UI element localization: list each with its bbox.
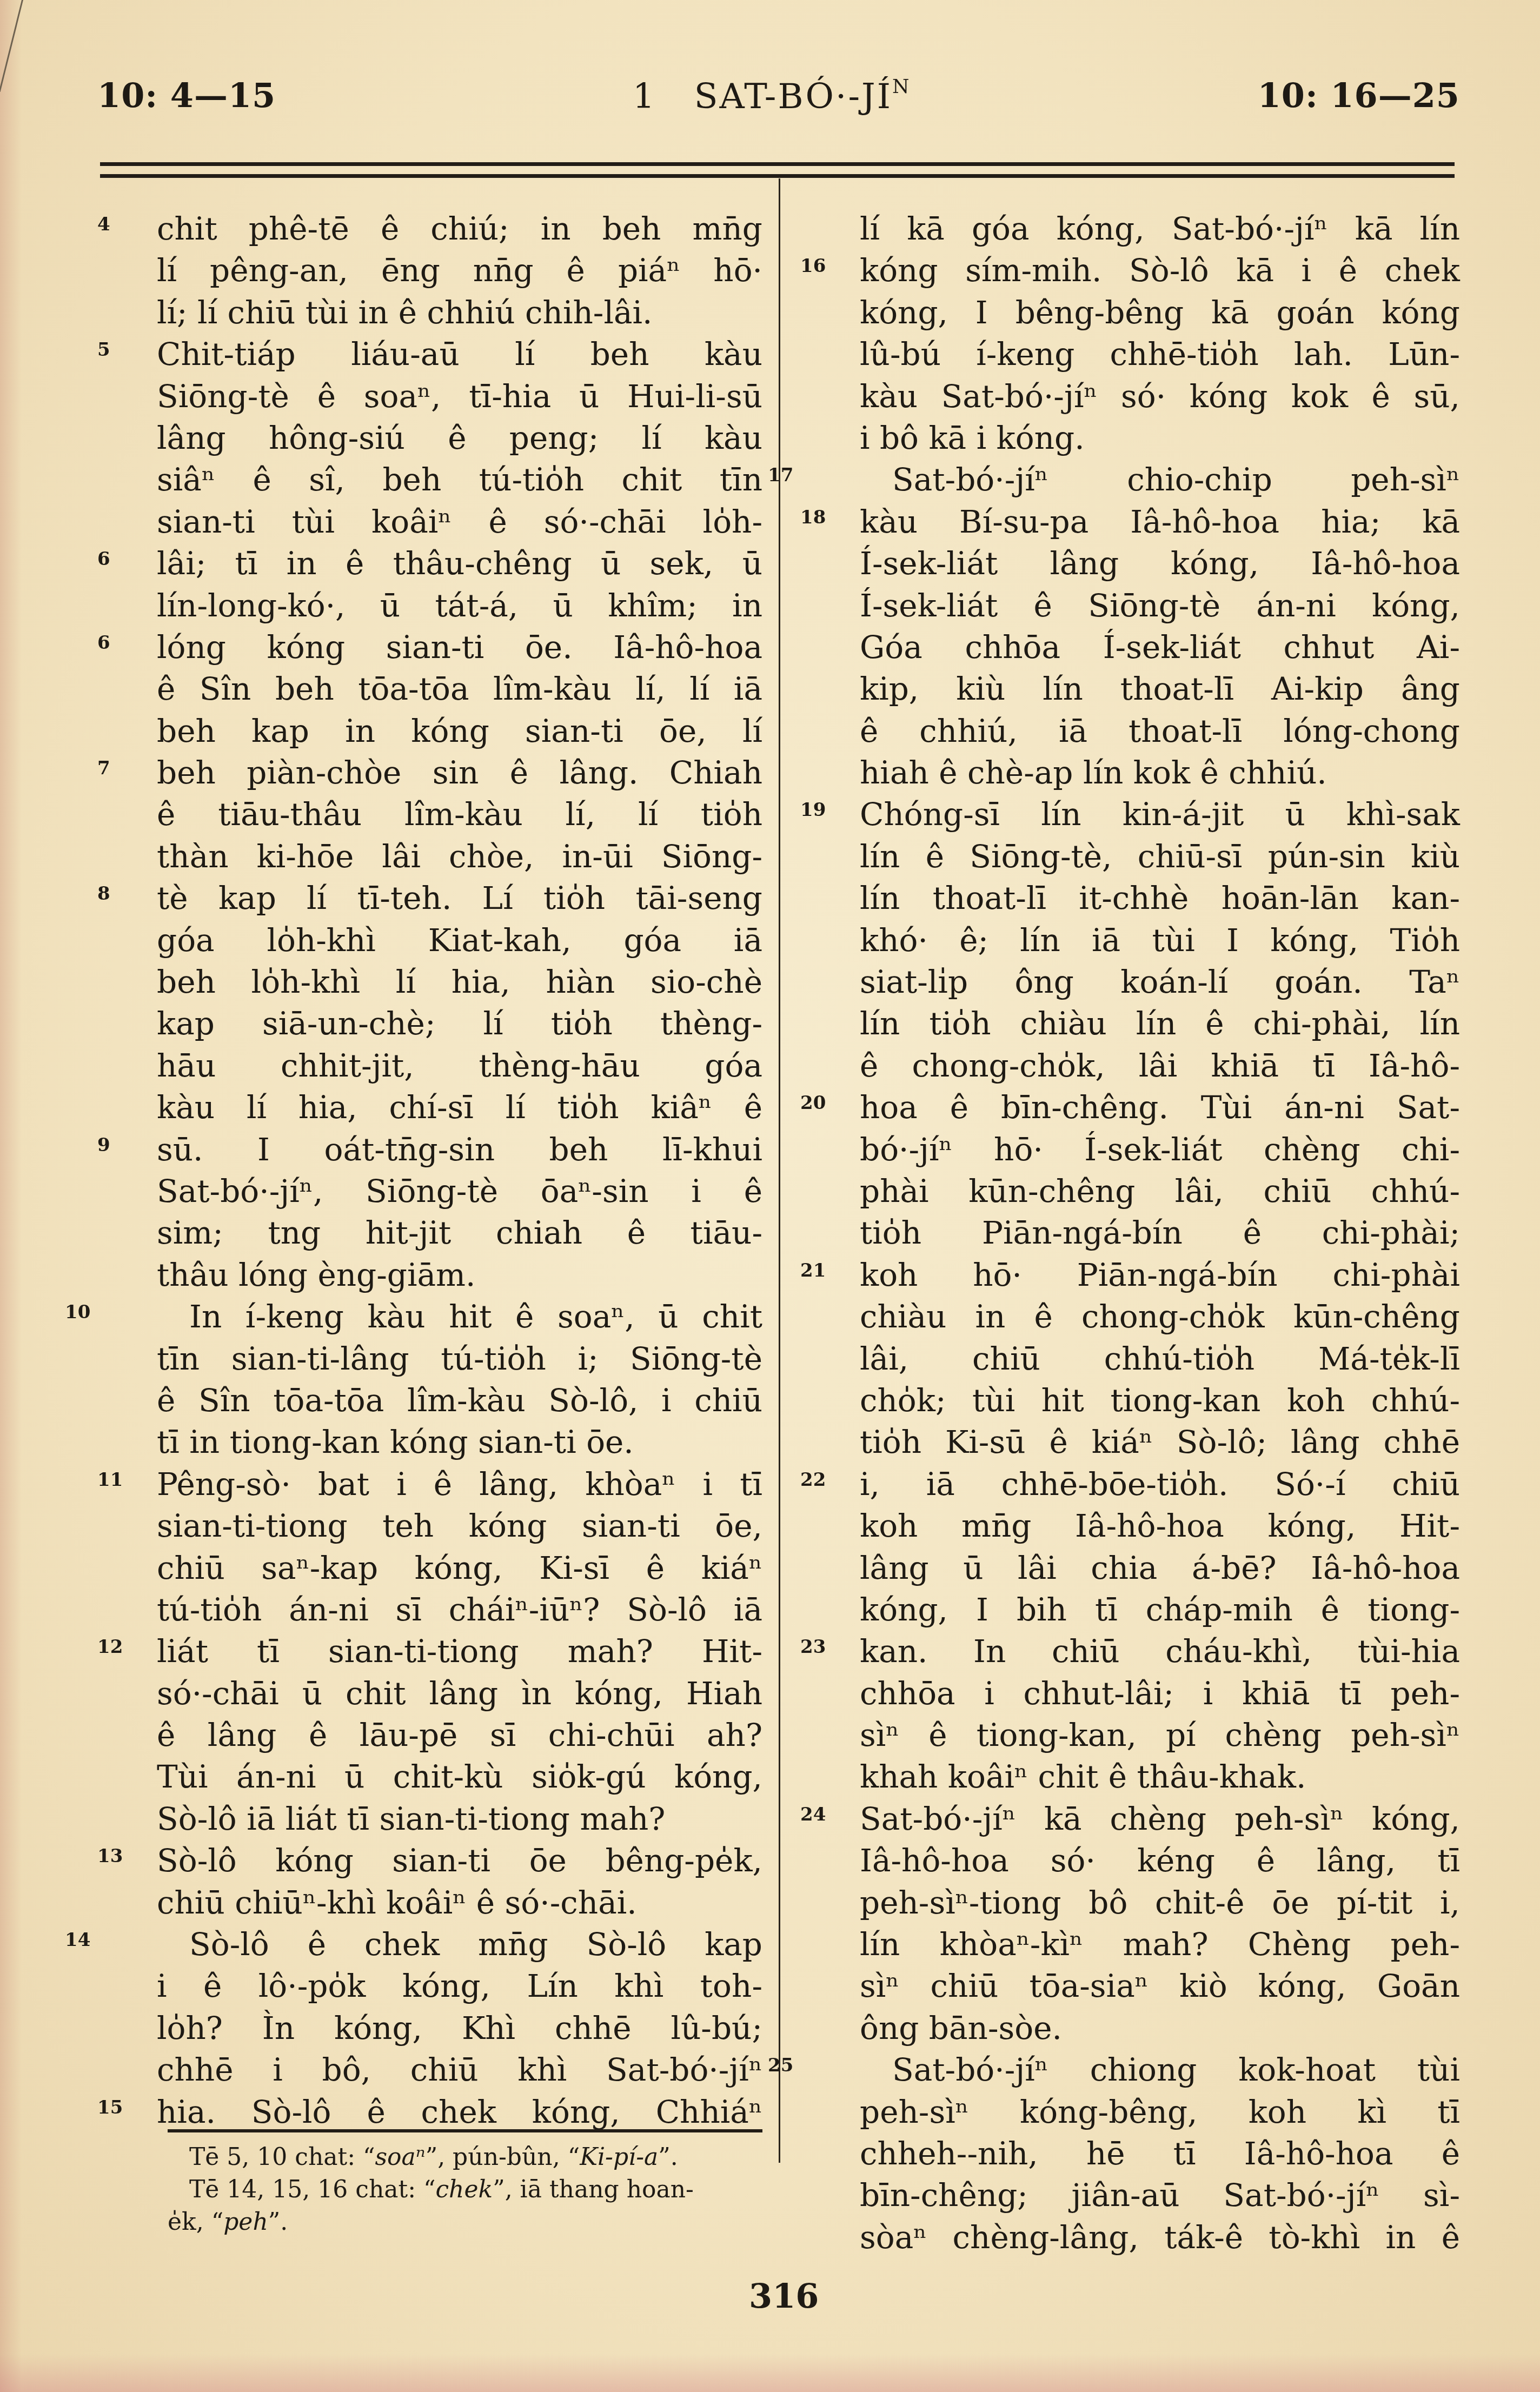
text-line: hāu chhit-jit, thèng-hāu góa	[157, 1045, 762, 1087]
line-text: kóng, I bih tī cháp-mih ê tiong-	[860, 1591, 1460, 1628]
line-text: beh piàn-chòe sin ê lâng. Chiah	[157, 754, 762, 791]
line-text: Iâ-hô-hoa só· kéng ê lâng, tī	[860, 1842, 1460, 1879]
verse-number: 6	[97, 543, 135, 575]
line-text: Sat-bó·-jíⁿ chiong kok-hoat tùi	[892, 2051, 1460, 2088]
verse-number: 12	[97, 1631, 135, 1663]
line-text: sìⁿ chiū tōa-siaⁿ kiò kóng, Goān	[860, 1968, 1460, 2004]
line-text: Góa chhōa Í-sek-liát chhut Ai-	[860, 629, 1460, 666]
page-number: 316	[749, 2276, 819, 2316]
line-text: Sò-lô kóng sian-ti ōe bêng-pe̍k,	[157, 1842, 762, 1879]
text-line: 6lóng kóng sian-ti ōe. Iâ-hô-hoa	[157, 627, 762, 668]
text-line: kàu Sat-bó·-jíⁿ só· kóng kok ê sū,	[860, 376, 1460, 417]
scripture-page: 10: 4—15 1 SAT-BÓ·-JÍN 10: 16—25 4chit p…	[0, 0, 1540, 2392]
line-text: i, iā chhē-bōe-tio̍h. Só·-í chiū	[860, 1466, 1460, 1503]
verse-number: 15	[97, 2091, 135, 2124]
line-text: koh mn̄g Iâ-hô-hoa kóng, Hit-	[860, 1507, 1460, 1544]
header-rule-bottom	[100, 174, 1455, 178]
line-text: hia. Sò-lô ê chek kóng, Chhiáⁿ	[157, 2094, 762, 2130]
footnote-prefix: Tē 5, 10 chat: “	[189, 2143, 375, 2171]
text-line: kip, kiù lín thoat-lī Ai-kip âng	[860, 668, 1460, 710]
line-text: kàu lí hia, chí-sī lí tio̍h kiâⁿ ê	[157, 1089, 762, 1126]
footnote-end: ”.	[658, 2143, 678, 2171]
text-line: phài kūn-chêng lâi, chiū chhú-	[860, 1171, 1460, 1212]
line-text: Siōng-tè ê soaⁿ, tī-hia ū Hui-li-sū	[157, 378, 762, 415]
line-text: lâi, chiū chhú-tio̍h Má-te̍k-lī	[860, 1340, 1460, 1377]
text-line: lí; lí chiū tùi in ê chhiú chih-lâi.	[157, 292, 762, 334]
text-line: sian-ti tùi koâiⁿ ê só·-chāi lo̍h-	[157, 501, 762, 543]
footnote-italic2: Ki-pí-a	[580, 2143, 658, 2171]
text-line: lû-bú í-keng chhē-tio̍h lah. Lūn-	[860, 334, 1460, 375]
footnote-italic: soaⁿ	[375, 2143, 426, 2171]
verse-number: 14	[65, 1924, 103, 1956]
text-line: ê Sîn tōa-tōa lîm-kàu Sò-lô, i chiū	[157, 1380, 762, 1421]
verse-number: 10	[65, 1296, 103, 1328]
verse-number: 5	[97, 334, 135, 366]
line-text: sian-ti-tiong teh kóng sian-ti ōe,	[157, 1507, 762, 1544]
text-line: Góa chhōa Í-sek-liát chhut Ai-	[860, 627, 1460, 668]
footnote-line: e̍k, “peh”.	[168, 2206, 762, 2238]
footnote-italic: peh	[223, 2208, 268, 2236]
verse-number: 18	[800, 501, 838, 534]
line-text: lo̍h? Ìn kóng, Khì chhē lû-bú;	[157, 2010, 762, 2047]
text-line: chhē i bô, chiū khì Sat-bó·-jíⁿ	[157, 2049, 762, 2091]
text-line: ê Sîn beh tōa-tōa lîm-kàu lí, lí iā	[157, 668, 762, 710]
line-text: thàn ki-hōe lâi chòe, in-ūi Siōng-	[157, 838, 762, 875]
line-text: tio̍h Ki-sū ê kiáⁿ Sò-lô; lâng chhē	[860, 1424, 1460, 1460]
line-text: lâng hông-siú ê peng; lí kàu	[157, 420, 762, 456]
line-text: kip, kiù lín thoat-lī Ai-kip âng	[860, 670, 1460, 707]
line-text: hāu chhit-jit, thèng-hāu góa	[157, 1047, 762, 1084]
text-line: tī in tiong-kan kóng sian-ti ōe.	[157, 1421, 762, 1463]
line-text: Tùi án-ni ū chit-kù sio̍k-gú kóng,	[157, 1758, 762, 1795]
verse-number: 6	[97, 627, 135, 659]
text-line: siat-li̍p ông koán-lí goán. Taⁿ	[860, 961, 1460, 1003]
text-line: 7beh piàn-chòe sin ê lâng. Chiah	[157, 752, 762, 794]
footnote-rule	[168, 2129, 762, 2132]
text-line: kóng, I bih tī cháp-mih ê tiong-	[860, 1589, 1460, 1631]
line-text: ê tiāu-thâu lîm-kàu lí, lí tio̍h	[157, 796, 762, 833]
running-header: 10: 4—15 1 SAT-BÓ·-JÍN 10: 16—25	[97, 76, 1460, 124]
text-line: beh lo̍h-khì lí hia, hiàn sio-chè	[157, 961, 762, 1003]
right-column: lí kā góa kóng, Sat-bó·-jíⁿ kā lín16kóng…	[860, 208, 1460, 2258]
header-rule-top	[100, 162, 1455, 166]
line-text: siâⁿ ê sî, beh tú-tio̍h chit tīn	[157, 461, 762, 498]
footnote-italic: chek	[435, 2176, 493, 2203]
text-line: 24Sat-bó·-jíⁿ kā chèng peh-sìⁿ kóng,	[860, 1798, 1460, 1840]
text-line: khah koâiⁿ chit ê thâu-khak.	[860, 1756, 1460, 1798]
text-line: tú-tio̍h án-ni sī cháiⁿ-iūⁿ? Sò-lô iā	[157, 1589, 762, 1631]
text-line: 12liát tī sian-ti-tiong mah? Hit-	[157, 1631, 762, 1672]
line-text: tú-tio̍h án-ni sī cháiⁿ-iūⁿ? Sò-lô iā	[157, 1591, 762, 1628]
verse-number: 17	[768, 459, 806, 491]
text-line: kóng, I bêng-bêng kā goán kóng	[860, 292, 1460, 334]
line-text: Í-sek-liát ê Siōng-tè án-ni kóng,	[860, 587, 1460, 624]
text-line: lâng hông-siú ê peng; lí kàu	[157, 417, 762, 459]
line-text: lín ê Siōng-tè, chiū-sī pún-sin kiù	[860, 838, 1460, 875]
line-text: tīn sian-ti-lâng tú-tio̍h i; Siōng-tè	[157, 1340, 762, 1377]
text-line: ông bān-sòe.	[860, 2008, 1460, 2049]
line-text: ê chong-cho̍k, lâi khiā tī Iâ-hô-	[860, 1047, 1460, 1084]
footnote-line: Tē 5, 10 chat: “soaⁿ”, pún-bûn, “Ki-pí-a…	[168, 2141, 762, 2174]
text-line: beh kap in kóng sian-ti ōe, lí	[157, 710, 762, 752]
text-line: 9sū. I oát-tn̄g-sin beh lī-khui	[157, 1129, 762, 1171]
line-text: lû-bú í-keng chhē-tio̍h lah. Lūn-	[860, 336, 1460, 373]
header-right-reference: 10: 16—25	[1258, 76, 1460, 115]
text-line: só·-chāi ū chit lâng ìn kóng, Hiah	[157, 1673, 762, 1715]
line-text: sian-ti tùi koâiⁿ ê só·-chāi lo̍h-	[157, 503, 762, 540]
line-text: hoa ê bīn-chêng. Tùi án-ni Sat-	[860, 1089, 1460, 1126]
line-text: kàu Sat-bó·-jíⁿ só· kóng kok ê sū,	[860, 378, 1460, 415]
text-line: kàu lí hia, chí-sī lí tio̍h kiâⁿ ê	[157, 1087, 762, 1128]
text-line: peh-sìⁿ kóng-bêng, koh kì tī	[860, 2091, 1460, 2133]
text-line: lâng ū lâi chia á-bē? Iâ-hô-hoa	[860, 1547, 1460, 1589]
header-left-reference: 10: 4—15	[97, 76, 276, 115]
verse-number: 13	[97, 1840, 135, 1872]
text-line: hiah ê chè-ap lín kok ê chhiú.	[860, 752, 1460, 794]
line-text: siat-li̍p ông koán-lí goán. Taⁿ	[860, 964, 1460, 1000]
verse-number: 25	[768, 2049, 806, 2082]
line-text: koh hō· Piān-ngá-bín chi-phài	[860, 1257, 1460, 1293]
book-title: SAT-BÓ·-JÍ	[694, 77, 892, 117]
line-text: kàu Bí-su-pa Iâ-hô-hoa hia; kā	[860, 503, 1460, 540]
text-line: tio̍h Ki-sū ê kiáⁿ Sò-lô; lâng chhē	[860, 1421, 1460, 1463]
text-line: tīn sian-ti-lâng tú-tio̍h i; Siōng-tè	[157, 1338, 762, 1380]
text-line: 21koh hō· Piān-ngá-bín chi-phài	[860, 1254, 1460, 1296]
text-line: góa lo̍h-khì Kiat-kah, góa iā	[157, 920, 762, 961]
verse-number: 21	[800, 1254, 838, 1287]
line-text: khó· ê; lín iā tùi I kóng, Tio̍h	[860, 922, 1460, 959]
text-line: cho̍k; tùi hit tiong-kan koh chhú-	[860, 1380, 1460, 1421]
line-text: lóng kóng sian-ti ōe. Iâ-hô-hoa	[157, 629, 762, 666]
line-text: lín khòaⁿ-kìⁿ mah? Chèng peh-	[860, 1926, 1460, 1963]
text-line: ê tiāu-thâu lîm-kàu lí, lí tio̍h	[157, 794, 762, 835]
text-line: Tùi án-ni ū chit-kù sio̍k-gú kóng,	[157, 1756, 762, 1798]
line-text: Sò-lô ê chek mn̄g Sò-lô kap	[189, 1926, 762, 1963]
line-text: chheh--nih, hē tī Iâ-hô-hoa ê	[860, 2135, 1460, 2172]
text-line: 17Sat-bó·-jíⁿ chio-chip peh-sìⁿ	[860, 459, 1460, 501]
text-line: thàn ki-hōe lâi chòe, in-ūi Siōng-	[157, 836, 762, 878]
left-column: 4chit phê-tē ê chiú; in beh mn̄glí pêng-…	[157, 208, 762, 2133]
line-text: peh-sìⁿ-tiong bô chit-ê ōe pí-tit i,	[860, 1884, 1460, 1921]
text-line: 23kan. In chiū cháu-khì, tùi-hia	[860, 1631, 1460, 1672]
book-number: 1	[633, 77, 656, 117]
page-edge-stain	[0, 0, 22, 2392]
text-line: sìⁿ chiū tōa-siaⁿ kiò kóng, Goān	[860, 1965, 1460, 2007]
line-text: lín tio̍h chiàu lín ê chi-phài, lín	[860, 1005, 1460, 1042]
footnote-suffix: ”.	[268, 2208, 288, 2236]
line-text: Sò-lô iā liát tī sian-ti-tiong mah?	[157, 1800, 665, 1837]
text-line: chiū saⁿ-kap kóng, Ki-sī ê kiáⁿ	[157, 1547, 762, 1589]
line-text: cho̍k; tùi hit tiong-kan koh chhú-	[860, 1382, 1460, 1419]
text-line: bó·-jíⁿ hō· Í-sek-liát chèng chi-	[860, 1129, 1460, 1171]
verse-number: 7	[97, 752, 135, 785]
text-line: 19Chóng-sī lín kin-á-jit ū khì-sak	[860, 794, 1460, 835]
line-text: kóng sím-mih. Sò-lô kā i ê chek	[860, 252, 1460, 289]
text-line: peh-sìⁿ-tiong bô chit-ê ōe pí-tit i,	[860, 1882, 1460, 1924]
text-line: lín tio̍h chiàu lín ê chi-phài, lín	[860, 1003, 1460, 1045]
text-line: khó· ê; lín iā tùi I kóng, Tio̍h	[860, 920, 1460, 961]
line-text: sū. I oát-tn̄g-sin beh lī-khui	[157, 1131, 762, 1168]
text-line: 25Sat-bó·-jíⁿ chiong kok-hoat tùi	[860, 2049, 1460, 2091]
text-line: sim; tng hit-jit chiah ê tiāu-	[157, 1212, 762, 1254]
line-text: kóng, I bêng-bêng kā goán kóng	[860, 294, 1460, 331]
text-line: 22i, iā chhē-bōe-tio̍h. Só·-í chiū	[860, 1464, 1460, 1505]
footnote-prefix: Tē 14, 15, 16 chat: “	[189, 2176, 435, 2203]
line-text: Chit-tiáp liáu-aū lí beh kàu	[157, 336, 762, 373]
verse-number: 20	[800, 1087, 838, 1119]
line-text: khah koâiⁿ chit ê thâu-khak.	[860, 1758, 1306, 1795]
footnote-line: Tē 14, 15, 16 chat: “chek”, iā thang hoa…	[168, 2174, 762, 2206]
line-text: ông bān-sòe.	[860, 2010, 1062, 2047]
line-text: sòaⁿ chèng-lâng, ták-ê tò-khì in ê	[860, 2219, 1460, 2256]
line-text: lí; lí chiū tùi in ê chhiú chih-lâi.	[157, 294, 653, 331]
text-line: 11Pêng-sò· bat i ê lâng, khòaⁿ i tī	[157, 1464, 762, 1505]
text-line: Siōng-tè ê soaⁿ, tī-hia ū Hui-li-sū	[157, 376, 762, 417]
text-line: tio̍h Piān-ngá-bín ê chi-phài;	[860, 1212, 1460, 1254]
line-text: liát tī sian-ti-tiong mah? Hit-	[157, 1633, 762, 1670]
line-text: phài kūn-chêng lâi, chiū chhú-	[860, 1173, 1460, 1210]
line-text: bīn-chêng; jiân-aū Sat-bó·-jíⁿ sì-	[860, 2177, 1460, 2214]
verse-number: 11	[97, 1464, 135, 1496]
line-text: ê chhiú, iā thoat-lī lóng-chong	[860, 713, 1460, 749]
verse-number: 23	[800, 1631, 838, 1663]
header-book-title: 1 SAT-BÓ·-JÍN	[633, 76, 909, 117]
text-line: lín ê Siōng-tè, chiū-sī pún-sin kiù	[860, 836, 1460, 878]
line-text: chhē i bô, chiū khì Sat-bó·-jíⁿ	[157, 2051, 762, 2088]
footnote-suffix: ”, pún-bûn, “	[426, 2143, 580, 2171]
text-line: Í-sek-liát ê Siōng-tè án-ni kóng,	[860, 585, 1460, 627]
text-line: lâi, chiū chhú-tio̍h Má-te̍k-lī	[860, 1338, 1460, 1380]
line-text: sìⁿ ê tiong-kan, pí chèng peh-sìⁿ	[860, 1717, 1460, 1753]
line-text: chiàu in ê chong-cho̍k kūn-chêng	[860, 1298, 1460, 1335]
text-line: 8tè kap lí tī-teh. Lí tio̍h tāi-seng	[157, 878, 762, 919]
line-text: i bô kā i kóng.	[860, 420, 1085, 456]
text-line: kap siā-un-chè; lí tio̍h thèng-	[157, 1003, 762, 1045]
text-line: 13Sò-lô kóng sian-ti ōe bêng-pe̍k,	[157, 1840, 762, 1882]
line-text: Sat-bó·-jíⁿ kā chèng peh-sìⁿ kóng,	[860, 1800, 1460, 1837]
text-line: 14Sò-lô ê chek mn̄g Sò-lô kap	[157, 1924, 762, 1965]
text-line: 15hia. Sò-lô ê chek kóng, Chhiáⁿ	[157, 2091, 762, 2133]
text-line: chiū chiūⁿ-khì koâiⁿ ê só·-chāi.	[157, 1882, 762, 1924]
text-line: 4chit phê-tē ê chiú; in beh mn̄g	[157, 208, 762, 250]
line-text: só·-chāi ū chit lâng ìn kóng, Hiah	[157, 1675, 762, 1712]
line-text: lí pêng-an, ēng nn̄g ê piáⁿ hō·	[157, 252, 762, 289]
line-text: bó·-jíⁿ hō· Í-sek-liát chèng chi-	[860, 1131, 1460, 1168]
line-text: chiū saⁿ-kap kóng, Ki-sī ê kiáⁿ	[157, 1550, 762, 1586]
line-text: ê lâng ê lāu-pē sī chi-chūi ah?	[157, 1717, 762, 1753]
book-title-superscript: N	[892, 76, 910, 98]
line-text: thâu lóng èng-giām.	[157, 1257, 476, 1293]
line-text: beh lo̍h-khì lí hia, hiàn sio-chè	[157, 964, 762, 1000]
text-line: lín khòaⁿ-kìⁿ mah? Chèng peh-	[860, 1924, 1460, 1965]
line-text: tè kap lí tī-teh. Lí tio̍h tāi-seng	[157, 880, 762, 916]
line-text: góa lo̍h-khì Kiat-kah, góa iā	[157, 922, 762, 959]
line-text: kap siā-un-chè; lí tio̍h thèng-	[157, 1005, 762, 1042]
text-line: ê lâng ê lāu-pē sī chi-chūi ah?	[157, 1715, 762, 1756]
text-line: koh mn̄g Iâ-hô-hoa kóng, Hit-	[860, 1505, 1460, 1547]
text-line: i bô kā i kóng.	[860, 417, 1460, 459]
footnote-prefix: e̍k, “	[168, 2208, 223, 2236]
text-line: 6lâi; tī in ê thâu-chêng ū sek, ū	[157, 543, 762, 584]
text-line: ê chhiú, iā thoat-lī lóng-chong	[860, 710, 1460, 752]
text-line: 10In í-keng kàu hit ê soaⁿ, ū chit	[157, 1296, 762, 1338]
text-line: lí pêng-an, ēng nn̄g ê piáⁿ hō·	[157, 250, 762, 291]
line-text: Pêng-sò· bat i ê lâng, khòaⁿ i tī	[157, 1466, 762, 1503]
text-line: lo̍h? Ìn kóng, Khì chhē lû-bú;	[157, 2008, 762, 2049]
footnote-suffix: ”, iā thang hoan-	[493, 2176, 694, 2203]
text-line: sian-ti-tiong teh kóng sian-ti ōe,	[157, 1505, 762, 1547]
line-text: lín thoat-lī it-chhè hoān-lān kan-	[860, 880, 1460, 916]
page-bottom-stain	[0, 2354, 1540, 2392]
line-text: chit phê-tē ê chiú; in beh mn̄g	[157, 210, 762, 247]
line-text: hiah ê chè-ap lín kok ê chhiú.	[860, 754, 1327, 791]
text-line: siâⁿ ê sî, beh tú-tio̍h chit tīn	[157, 459, 762, 501]
verse-number: 4	[97, 208, 135, 241]
line-text: sim; tng hit-jit chiah ê tiāu-	[157, 1214, 762, 1251]
verse-number: 9	[97, 1129, 135, 1161]
text-line: lín thoat-lī it-chhè hoān-lān kan-	[860, 878, 1460, 919]
text-line: lín-long-kó·, ū tát-á, ū khîm; in	[157, 585, 762, 627]
line-text: tio̍h Piān-ngá-bín ê chi-phài;	[860, 1214, 1460, 1251]
text-line: lí kā góa kóng, Sat-bó·-jíⁿ kā lín	[860, 208, 1460, 250]
line-text: ê Sîn beh tōa-tōa lîm-kàu lí, lí iā	[157, 670, 762, 707]
text-line: sòaⁿ chèng-lâng, ták-ê tò-khì in ê	[860, 2217, 1460, 2258]
line-text: tī in tiong-kan kóng sian-ti ōe.	[157, 1424, 634, 1460]
line-text: lâng ū lâi chia á-bē? Iâ-hô-hoa	[860, 1550, 1460, 1586]
line-text: lâi; tī in ê thâu-chêng ū sek, ū	[157, 545, 762, 582]
text-line: chheh--nih, hē tī Iâ-hô-hoa ê	[860, 2133, 1460, 2175]
text-line: Sat-bó·-jíⁿ, Siōng-tè ōaⁿ-sin i ê	[157, 1171, 762, 1212]
line-text: ê Sîn tōa-tōa lîm-kàu Sò-lô, i chiū	[157, 1382, 762, 1419]
text-line: 16kóng sím-mih. Sò-lô kā i ê chek	[860, 250, 1460, 291]
line-text: Sat-bó·-jíⁿ, Siōng-tè ōaⁿ-sin i ê	[157, 1173, 762, 1210]
line-text: lí kā góa kóng, Sat-bó·-jíⁿ kā lín	[860, 210, 1460, 247]
text-line: Iâ-hô-hoa só· kéng ê lâng, tī	[860, 1840, 1460, 1882]
text-line: ê chong-cho̍k, lâi khiā tī Iâ-hô-	[860, 1045, 1460, 1087]
line-text: lín-long-kó·, ū tát-á, ū khîm; in	[157, 587, 762, 624]
verse-number: 16	[800, 250, 838, 282]
text-line: 20hoa ê bīn-chêng. Tùi án-ni Sat-	[860, 1087, 1460, 1128]
text-line: sìⁿ ê tiong-kan, pí chèng peh-sìⁿ	[860, 1715, 1460, 1756]
line-text: kan. In chiū cháu-khì, tùi-hia	[860, 1633, 1460, 1670]
text-line: 5Chit-tiáp liáu-aū lí beh kàu	[157, 334, 762, 375]
text-line: 18kàu Bí-su-pa Iâ-hô-hoa hia; kā	[860, 501, 1460, 543]
line-text: Í-sek-liát lâng kóng, Iâ-hô-hoa	[860, 545, 1460, 582]
line-text: In í-keng kàu hit ê soaⁿ, ū chit	[189, 1298, 762, 1335]
line-text: peh-sìⁿ kóng-bêng, koh kì tī	[860, 2094, 1460, 2130]
text-line: bīn-chêng; jiân-aū Sat-bó·-jíⁿ sì-	[860, 2175, 1460, 2216]
text-line: chhōa i chhut-lâi; i khiā tī peh-	[860, 1673, 1460, 1715]
text-line: Sò-lô iā liát tī sian-ti-tiong mah?	[157, 1798, 762, 1840]
text-line: Í-sek-liát lâng kóng, Iâ-hô-hoa	[860, 543, 1460, 584]
line-text: Chóng-sī lín kin-á-jit ū khì-sak	[860, 796, 1460, 833]
verse-number: 22	[800, 1464, 838, 1496]
text-line: chiàu in ê chong-cho̍k kūn-chêng	[860, 1296, 1460, 1338]
footnotes: Tē 5, 10 chat: “soaⁿ”, pún-bûn, “Ki-pí-a…	[168, 2141, 762, 2238]
verse-number: 19	[800, 794, 838, 826]
verse-number: 24	[800, 1798, 838, 1831]
line-text: Sat-bó·-jíⁿ chio-chip peh-sìⁿ	[892, 461, 1460, 498]
text-line: i ê lô·-po̍k kóng, Lín khì toh-	[157, 1965, 762, 2007]
text-line: thâu lóng èng-giām.	[157, 1254, 762, 1296]
line-text: chhōa i chhut-lâi; i khiā tī peh-	[860, 1675, 1460, 1712]
line-text: chiū chiūⁿ-khì koâiⁿ ê só·-chāi.	[157, 1884, 637, 1921]
line-text: i ê lô·-po̍k kóng, Lín khì toh-	[157, 1968, 762, 2004]
line-text: beh kap in kóng sian-ti ōe, lí	[157, 713, 762, 749]
verse-number: 8	[97, 878, 135, 910]
